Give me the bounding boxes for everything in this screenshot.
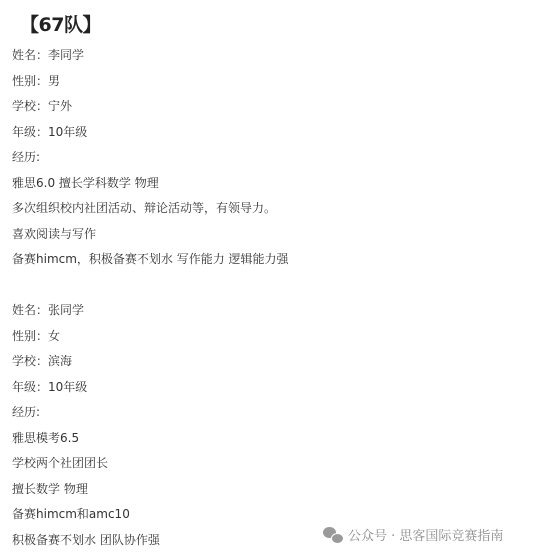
watermark: 公众号 · 思客国际竞赛指南 — [323, 525, 503, 544]
member-1-experience-line: 雅思6.0 擅长学科数学 物理 — [12, 173, 289, 199]
member-2-experience-line: 学校两个社团团长 — [12, 453, 289, 479]
member-2-experience-label: 经历: — [12, 402, 289, 428]
member-1-experience-label: 经历: — [12, 147, 289, 173]
member-2-experience-line: 积极备赛不划水 团队协作强 — [12, 530, 289, 556]
member-1-school: 学校：宁外 — [12, 96, 289, 122]
member-1-gender: 性别：男 — [12, 71, 289, 97]
member-2-experience-line: 备赛himcm和amc10 — [12, 504, 289, 530]
member-1-grade: 年级：10年级 — [12, 122, 289, 148]
wechat-icon — [323, 527, 343, 543]
member-1-profile: 姓名：李同学 性别：男 学校：宁外 年级：10年级 经历: 雅思6.0 擅长学科… — [12, 45, 289, 275]
member-2-experience-line: 擅长数学 物理 — [12, 479, 289, 505]
member-1-experience-line: 多次组织校内社团活动、辩论活动等，有领导力。 — [12, 198, 289, 224]
spacer — [12, 275, 289, 301]
member-2-experience-line: 雅思模考6.5 — [12, 428, 289, 454]
member-1-name: 姓名：李同学 — [12, 45, 289, 71]
team-title: 【67队】 — [20, 10, 101, 37]
member-1-experience-line: 喜欢阅读与写作 — [12, 224, 289, 250]
member-2-name: 姓名：张同学 — [12, 300, 289, 326]
member-2-gender: 性别：女 — [12, 326, 289, 352]
member-1-experience-line: 备赛himcm，积极备赛不划水 写作能力 逻辑能力强 — [12, 249, 289, 275]
member-2-profile: 姓名：张同学 性别：女 学校：滨海 年级：10年级 经历: 雅思模考6.5 学校… — [12, 300, 289, 555]
member-2-school: 学校：滨海 — [12, 351, 289, 377]
watermark-text: 公众号 · 思客国际竞赛指南 — [348, 525, 503, 544]
profile-list: 姓名：李同学 性别：男 学校：宁外 年级：10年级 经历: 雅思6.0 擅长学科… — [12, 45, 289, 555]
member-2-grade: 年级：10年级 — [12, 377, 289, 403]
